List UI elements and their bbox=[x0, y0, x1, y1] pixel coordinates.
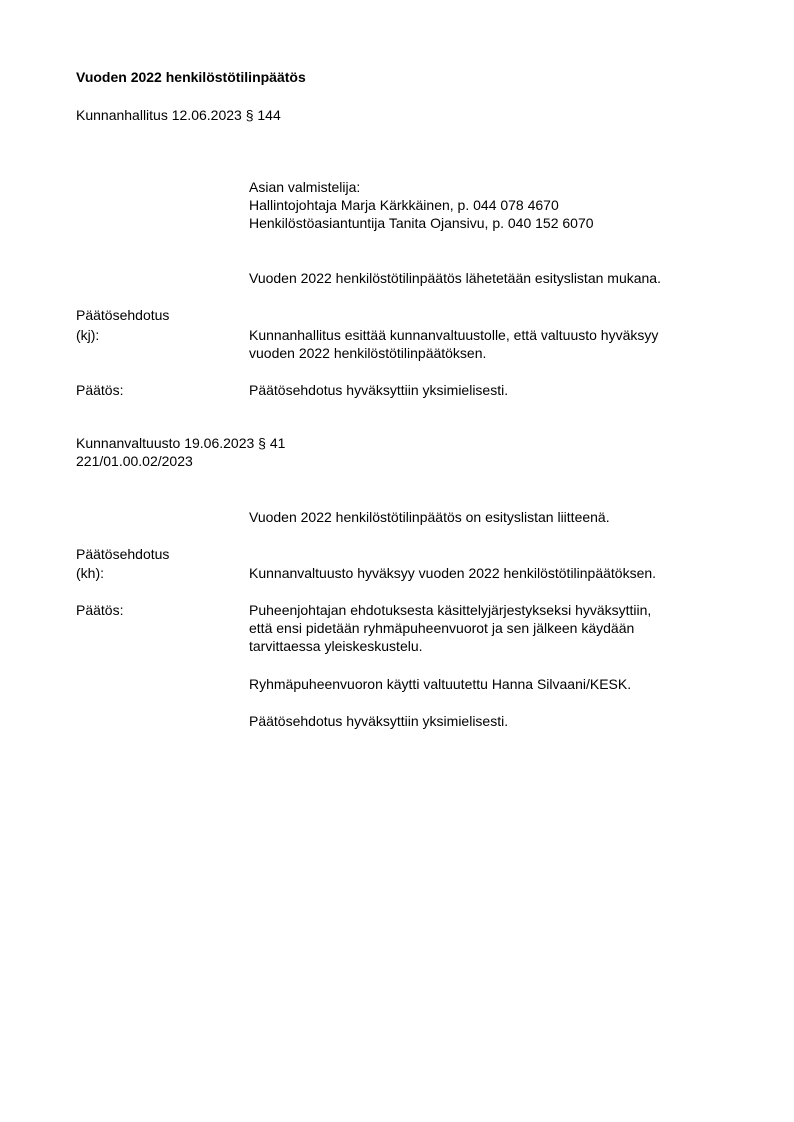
document-title: Vuoden 2022 henkilöstötilinpäätös bbox=[76, 68, 306, 86]
decision-text: tarvittaessa yleiskeskustelu. bbox=[249, 637, 423, 655]
section1-header: Kunnanhallitus 12.06.2023 § 144 bbox=[76, 106, 281, 124]
proposal-label: Päätösehdotus bbox=[76, 545, 169, 563]
decision-label: Päätös: bbox=[76, 381, 123, 399]
group-speech-text: Ryhmäpuheenvuoron käytti valtuutettu Han… bbox=[249, 675, 631, 693]
proposal-text: Kunnanhallitus esittää kunnanvaltuustoll… bbox=[249, 326, 658, 344]
final-decision-text: Päätösehdotus hyväksyttiin yksimielisest… bbox=[249, 712, 508, 730]
preparer-line: Henkilöstöasiantuntija Tanita Ojansivu, … bbox=[249, 214, 594, 232]
decision-label: Päätös: bbox=[76, 601, 123, 619]
section2-reference: 221/01.00.02/2023 bbox=[76, 452, 193, 470]
proposal-label-sub: (kj): bbox=[76, 326, 99, 344]
decision-text: että ensi pidetään ryhmäpuheenvuorot ja … bbox=[249, 619, 634, 637]
decision-text: Puheenjohtajan ehdotuksesta käsittelyjär… bbox=[249, 601, 651, 619]
proposal-text: Kunnanvaltuusto hyväksyy vuoden 2022 hen… bbox=[249, 564, 656, 582]
proposal-label: Päätösehdotus bbox=[76, 306, 169, 324]
preparer-label: Asian valmistelija: bbox=[249, 178, 360, 196]
proposal-label-sub: (kh): bbox=[76, 564, 104, 582]
preparer-line: Hallintojohtaja Marja Kärkkäinen, p. 044… bbox=[249, 196, 559, 214]
proposal-text: vuoden 2022 henkilöstötilinpäätöksen. bbox=[249, 344, 486, 362]
decision-text: Päätösehdotus hyväksyttiin yksimielisest… bbox=[249, 381, 508, 399]
section2-intro: Vuoden 2022 henkilöstötilinpäätös on esi… bbox=[249, 508, 610, 526]
section1-intro: Vuoden 2022 henkilöstötilinpäätös lähete… bbox=[249, 269, 661, 287]
section2-header: Kunnanvaltuusto 19.06.2023 § 41 bbox=[76, 434, 285, 452]
